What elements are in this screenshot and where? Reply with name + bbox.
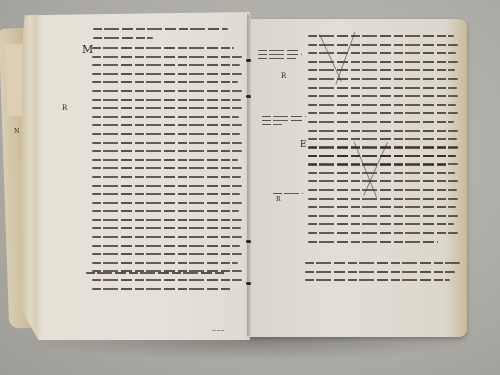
right-initial: E [300, 140, 307, 150]
photo-scene: M R N ~~~ E [0, 0, 500, 375]
right-margin-note-2 [262, 116, 306, 128]
binding-stitch [246, 59, 251, 62]
right-margin-note-1 [258, 50, 302, 62]
left-page-catchword: ~~~ [212, 328, 225, 334]
right-page-paragraph-3 [305, 262, 460, 288]
binding-stitch [246, 282, 251, 285]
left-page-main-text [92, 47, 242, 296]
right-margin-mark-r-lower: R [276, 196, 281, 203]
left-page-closing-line [86, 272, 226, 281]
right-margin-mark-r: R [281, 72, 286, 80]
binding-stitch [246, 240, 251, 243]
book-gutter [247, 14, 251, 336]
left-page-header-text [93, 28, 228, 45]
right-page-paragraph-2 [308, 146, 460, 249]
left-margin-mark-n: N [14, 128, 19, 135]
left-margin-mark-r: R [62, 104, 67, 112]
binding-stitch [246, 95, 251, 98]
